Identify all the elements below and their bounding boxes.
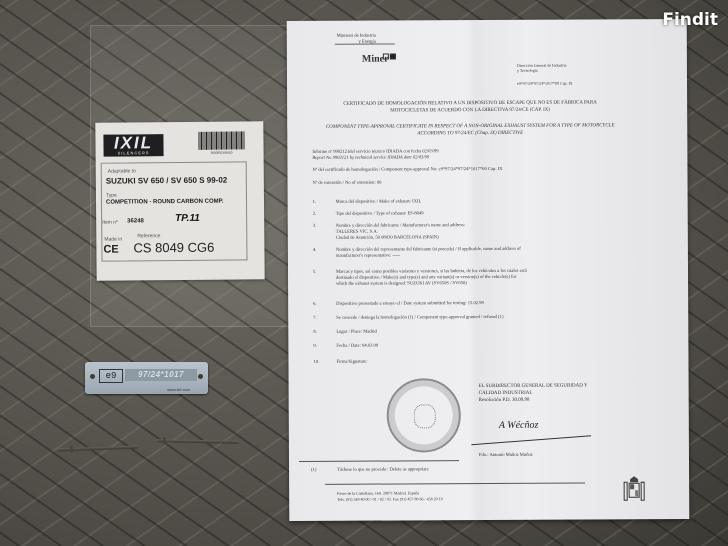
item-line: Marca del dispositivo / Make of exhaust:… (336, 198, 422, 203)
item-line: Fecha / Date: 04.03.99 (336, 343, 378, 348)
item-number: 5. (313, 269, 316, 274)
item-number: 2. (313, 211, 316, 216)
signed-by: Fdo.: Antonio Muñoz Muñoz (479, 452, 533, 457)
item-line: Tipo del dispositivo / Type of exhaust: … (336, 210, 424, 215)
extension-number: Nº de extensión / No of extension: 00 (313, 180, 382, 185)
phones: Tels. (91) 349 40 00 / 01 / 02 / 03. Fax… (337, 496, 442, 502)
barcode (198, 131, 244, 149)
item-line: Ciudad de Asunción, 50 08030 BARCELONA (… (336, 234, 439, 240)
rivet-hole (198, 374, 203, 379)
item-line: destinado el dispositivo / Make(s) and t… (336, 274, 516, 280)
made-in-value: CE (103, 244, 118, 256)
item-number: 1. (313, 199, 316, 204)
barcode-number: 5000000104000 (199, 150, 245, 154)
title-spanish: CERTIFICADO DE HOMOLOGACIÓN RELATIVO A U… (325, 99, 615, 115)
handwritten-note: TP.11 (175, 213, 200, 224)
label-info-box: Adaptable to SUZUKI SV 650 / SV 650 S 99… (101, 161, 248, 261)
item-line: Nombre y dirección del representante del… (336, 246, 521, 252)
item-line: TALLERES VIC, S.A. (336, 229, 378, 234)
signature: A Wécñoz (499, 420, 539, 431)
item-number: 10. (313, 359, 319, 364)
ministry-divider (335, 43, 395, 44)
item-value: 36248 (127, 218, 144, 224)
direction-name: Dirección General de Industria y Tecnolo… (517, 63, 566, 73)
signatory-title: EL SUBDIRECTOR GENERAL DE SEGURIDAD Y CA… (479, 382, 588, 404)
footnote-rule (299, 460, 459, 462)
plate-url: www.ixil.com (167, 387, 190, 392)
plate-code-box: e9 (99, 369, 123, 383)
type-label: Type (106, 193, 117, 199)
item-number: 6. (313, 301, 316, 306)
report-english: Report No 9902121 by technical service I… (312, 154, 429, 160)
footer-rule (325, 482, 585, 484)
item-line: manufacturer's representative: ----- (336, 252, 400, 257)
ixil-logo: IXIL SILENCERS (103, 134, 163, 157)
report-spanish: Informe nº 9902121del servicio técnico I… (312, 148, 438, 154)
reference-value: CS 8049 CG6 (133, 240, 214, 256)
reference-label: Reference (137, 233, 160, 239)
item-line: Lugar / Place: Madrid (336, 329, 376, 334)
item-number: 8. (313, 329, 316, 334)
certificate-code: e9*97/24*97/24*1017*00 Cap. IX (517, 81, 573, 86)
findit-watermark: Findit (662, 10, 718, 30)
spanish-coat-of-arms-icon (623, 476, 645, 504)
adaptable-label: Adaptable to (108, 168, 136, 174)
item-label: Item nº (102, 220, 118, 226)
item-line: Nombre y dirección del fabricante / Manu… (336, 222, 465, 228)
address: Paseo de la Castellana, 160. 28071 Madri… (337, 490, 419, 495)
title-english: COMPONENT TYPE-APPROVAL CERTIFICATE IN R… (325, 122, 615, 138)
ixil-product-label: IXIL SILENCERS 5000000104000 Adaptable t… (95, 121, 264, 280)
item-number: 4. (313, 247, 316, 252)
type-value: COMPETITION - ROUND CARBON COMP. (106, 199, 224, 206)
item-number: 7. (313, 315, 316, 320)
item-line: Firma/Signature: (336, 359, 367, 364)
certificate-number: Nº del certificado de homologación / Com… (312, 166, 502, 172)
homologation-certificate: Ministeri de Industria y Energía Miner D… (287, 19, 690, 521)
footnote-text: Táchese lo que no proceda / Delete as ap… (337, 466, 429, 471)
plate-approval-number: 97/24*1017 (125, 369, 197, 381)
made-in-label: Made in (104, 237, 122, 243)
item-line: Marcas y tipos, así como posibles varian… (336, 268, 527, 274)
item-line: Dispositivo presentado a ensayo el / Dat… (336, 300, 484, 306)
rivet-hole (90, 374, 95, 379)
item-number: 9. (313, 343, 316, 348)
item-line: which the exhaust system is designed: SU… (336, 280, 467, 286)
ministry-short-name: Miner (362, 54, 389, 65)
item-line: Se concede / deniega la homologación (1)… (336, 314, 503, 320)
approval-plate: e9 97/24*1017 www.ixil.com (85, 362, 208, 394)
adaptable-value: SUZUKI SV 650 / SV 650 S 99-02 (106, 176, 227, 186)
footnote-number: (1) (311, 467, 316, 472)
item-number: 3. (313, 223, 316, 228)
official-stamp (387, 378, 461, 452)
